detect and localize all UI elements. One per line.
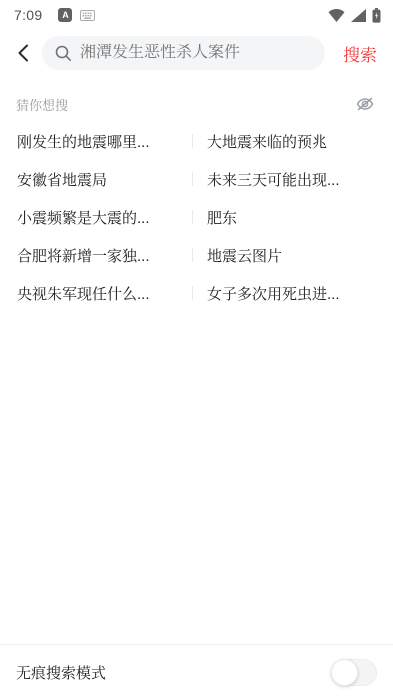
clock: 7:09 — [14, 7, 42, 23]
suggestion-item[interactable]: 肥东 — [207, 207, 237, 228]
search-page: 7:09 A 搜索 — [0, 0, 393, 700]
chevron-left-icon — [14, 43, 34, 63]
suggestion-row: 央视朱军现任什么... 女子多次用死虫进... — [0, 274, 393, 312]
suggestion-item[interactable]: 刚发生的地震哪里... — [17, 131, 192, 152]
cellular-signal-icon — [351, 9, 366, 22]
column-divider — [192, 134, 193, 148]
search-submit-button[interactable]: 搜索 — [341, 39, 379, 68]
incognito-toggle[interactable] — [331, 659, 377, 686]
hide-suggestions-button[interactable] — [353, 94, 377, 114]
suggestion-row: 刚发生的地震哪里... 大地震来临的预兆 — [0, 122, 393, 160]
toggle-knob — [331, 659, 358, 686]
search-icon — [55, 45, 72, 62]
search-header: 搜索 — [0, 26, 393, 80]
suggestion-item[interactable]: 央视朱军现任什么... — [17, 283, 192, 304]
input-method-icon: A — [58, 8, 72, 22]
suggestion-item[interactable]: 大地震来临的预兆 — [207, 131, 327, 152]
column-divider — [192, 210, 193, 224]
column-divider — [192, 248, 193, 262]
suggestion-item[interactable]: 合肥将新增一家独... — [17, 245, 192, 266]
suggestion-item[interactable]: 安徽省地震局 — [17, 169, 192, 190]
battery-charging-icon — [372, 8, 381, 23]
suggestion-item[interactable]: 女子多次用死虫进... — [207, 283, 340, 304]
eye-off-icon — [355, 96, 375, 112]
incognito-label: 无痕搜索模式 — [16, 662, 106, 683]
search-box[interactable] — [42, 36, 325, 70]
back-button[interactable] — [8, 37, 40, 69]
suggestion-item[interactable]: 未来三天可能出现... — [207, 169, 340, 190]
suggestions-title: 猜你想搜 — [16, 95, 68, 114]
status-bar: 7:09 A — [0, 0, 393, 26]
column-divider — [192, 286, 193, 300]
keyboard-icon — [80, 10, 95, 21]
suggestion-row: 安徽省地震局 未来三天可能出现... — [0, 160, 393, 198]
column-divider — [192, 172, 193, 186]
suggestion-row: 小震频繁是大震的... 肥东 — [0, 198, 393, 236]
suggestion-item[interactable]: 小震频繁是大震的... — [17, 207, 192, 228]
suggestions-grid: 刚发生的地震哪里... 大地震来临的预兆 安徽省地震局 未来三天可能出现... … — [0, 122, 393, 312]
wifi-icon — [328, 9, 345, 22]
suggestions-header: 猜你想搜 — [0, 80, 393, 114]
empty-area — [0, 312, 393, 644]
incognito-bar: 无痕搜索模式 — [0, 644, 393, 700]
suggestion-row: 合肥将新增一家独... 地震云图片 — [0, 236, 393, 274]
suggestion-item[interactable]: 地震云图片 — [207, 245, 282, 266]
search-input[interactable] — [80, 44, 313, 62]
